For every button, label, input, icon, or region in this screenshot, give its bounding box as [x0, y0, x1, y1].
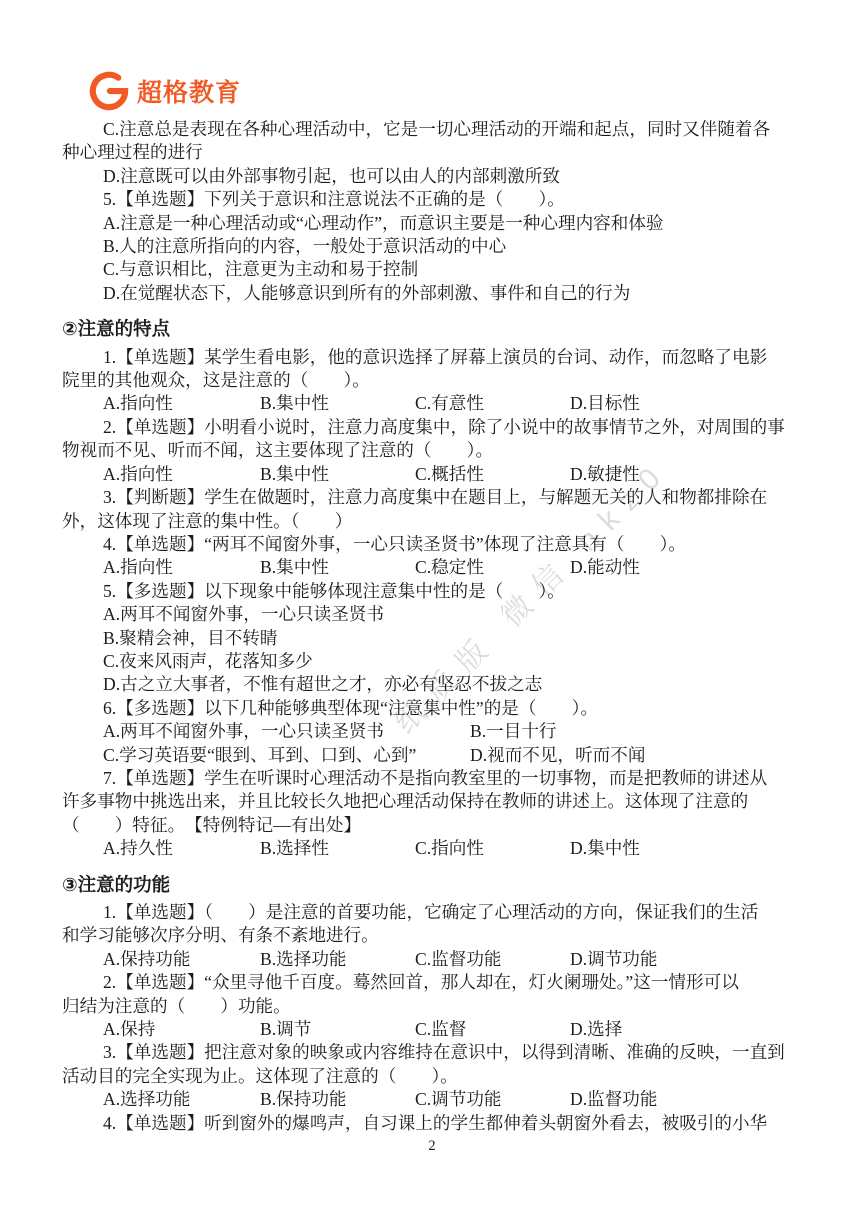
option-item: A.保持	[103, 1018, 260, 1041]
option-item: A.指向性	[103, 463, 260, 486]
option-item: A.选择功能	[103, 1088, 260, 1111]
text-line: 和学习能够次序分明、有条不紊地进行。	[62, 924, 802, 947]
option-item: A.指向性	[103, 392, 260, 415]
text-line: 院里的其他观众，这是注意的（ ）。	[62, 369, 802, 392]
question-line: 7.【单选题】学生在听课时心理活动不是指向教室里的一切事物，而是把教师的讲述从	[62, 767, 802, 790]
question-line: 4.【单选题】“两耳不闻窗外事，一心只读圣贤书”体现了注意具有（ ）。	[62, 533, 802, 556]
options-row: A.保持功能 B.选择功能 C.监督功能 D.调节功能	[62, 948, 802, 971]
text-line: 物视而不见、听而不闻，这主要体现了注意的（ ）。	[62, 439, 802, 462]
options-row: C.学习英语要“眼到、耳到、口到、心到” D.视而不见，听而不闻	[62, 744, 802, 767]
question-line: 2.【单选题】“众里寻他千百度。蓦然回首，那人却在，灯火阑珊处。”这一情形可以	[62, 971, 802, 994]
option-item: B.调节	[260, 1018, 415, 1041]
option-item: C.监督功能	[415, 948, 570, 971]
text-line: C.注意总是表现在各种心理活动中，它是一切心理活动的开端和起点，同时又伴随着各	[62, 118, 802, 141]
question-line: 3.【单选题】把注意对象的映象或内容维持在意识中，以得到清晰、准确的反映，一直到	[62, 1041, 802, 1064]
document-page: 超格教育 纸质版 微信 nkz0 C.注意总是表现在各种心理活动中，它是一切心理…	[0, 0, 864, 1222]
option-line: C.与意识相比，注意更为主动和易于控制	[62, 258, 802, 281]
text-line: 外，这体现了注意的集中性。（ ）	[62, 510, 802, 533]
text-line: 种心理过程的进行	[62, 141, 802, 164]
option-item: B.集中性	[260, 392, 415, 415]
option-item: B.选择功能	[260, 948, 415, 971]
section-heading: ③注意的功能	[62, 873, 802, 896]
option-line: D.在觉醒状态下，人能够意识到所有的外部刺激、事件和自己的行为	[62, 282, 802, 305]
question-line: 6.【多选题】以下几种能够典型体现“注意集中性”的是（ ）。	[62, 697, 802, 720]
question-line: 4.【单选题】听到窗外的爆鸣声，自习课上的学生都伸着头朝窗外看去，被吸引的小华	[62, 1112, 802, 1135]
options-row: A.指向性 B.集中性 C.概括性 D.敏捷性	[62, 463, 802, 486]
option-line: A.注意是一种心理活动或“心理动作”，而意识主要是一种心理内容和体验	[62, 212, 802, 235]
question-line: 3.【判断题】学生在做题时，注意力高度集中在题目上，与解题无关的人和物都排除在	[62, 486, 802, 509]
document-body: C.注意总是表现在各种心理活动中，它是一切心理活动的开端和起点，同时又伴随着各 …	[62, 118, 802, 1135]
option-item: C.学习英语要“眼到、耳到、口到、心到”	[103, 744, 470, 767]
text-line: D.注意既可以由外部事物引起，也可以由人的内部刺激所致	[62, 165, 802, 188]
question-line: 1.【单选题】（ ）是注意的首要功能，它确定了心理活动的方向，保证我们的生活	[62, 901, 802, 924]
option-item: A.两耳不闻窗外事，一心只读圣贤书	[103, 720, 470, 743]
option-item: D.调节功能	[570, 948, 657, 971]
option-item: D.视而不见，听而不闻	[470, 744, 645, 767]
page-number: 2	[0, 1138, 864, 1155]
text-line: 归结为注意的（ ）功能。	[62, 995, 802, 1018]
option-item: D.能动性	[570, 556, 640, 579]
option-item: D.目标性	[570, 392, 640, 415]
brand-name: 超格教育	[137, 73, 241, 109]
options-row: A.两耳不闻窗外事，一心只读圣贤书 B.一目十行	[62, 720, 802, 743]
text-line: 活动目的完全实现为止。这体现了注意的（ ）。	[62, 1065, 802, 1088]
option-item: D.敏捷性	[570, 463, 640, 486]
question-line: 5.【单选题】下列关于意识和注意说法不正确的是（ ）。	[62, 188, 802, 211]
option-item: C.指向性	[415, 837, 570, 860]
option-line: C.夜来风雨声，花落知多少	[62, 650, 802, 673]
option-line: B.聚精会神，目不转睛	[62, 627, 802, 650]
options-row: A.指向性 B.集中性 C.有意性 D.目标性	[62, 392, 802, 415]
section-heading: ②注意的特点	[62, 317, 802, 340]
text-line: 许多事物中挑选出来，并且比较长久地把心理活动保持在教师的讲述上。这体现了注意的	[62, 790, 802, 813]
option-item: D.监督功能	[570, 1088, 657, 1111]
option-item: A.持久性	[103, 837, 260, 860]
option-item: B.集中性	[260, 463, 415, 486]
question-line: 5.【多选题】以下现象中能够体现注意集中性的是（ ）。	[62, 580, 802, 603]
question-line: 2.【单选题】小明看小说时，注意力高度集中，除了小说中的故事情节之外，对周围的事	[62, 416, 802, 439]
option-line: A.两耳不闻窗外事，一心只读圣贤书	[62, 603, 802, 626]
option-item: B.选择性	[260, 837, 415, 860]
text-line: （ ）特征。 【特例特记—有出处】	[62, 814, 802, 837]
option-item: B.保持功能	[260, 1088, 415, 1111]
options-row: A.选择功能 B.保持功能 C.调节功能 D.监督功能	[62, 1088, 802, 1111]
option-item: C.有意性	[415, 392, 570, 415]
chaoge-g-icon	[88, 70, 130, 112]
option-item: C.稳定性	[415, 556, 570, 579]
option-item: B.一目十行	[470, 720, 557, 743]
option-item: C.调节功能	[415, 1088, 570, 1111]
option-line: D.古之立大事者，不惟有超世之才，亦必有坚忍不拔之志	[62, 673, 802, 696]
option-item: C.监督	[415, 1018, 570, 1041]
options-row: A.持久性 B.选择性 C.指向性 D.集中性	[62, 837, 802, 860]
option-item: C.概括性	[415, 463, 570, 486]
brand-logo: 超格教育	[88, 70, 241, 112]
option-item: B.集中性	[260, 556, 415, 579]
option-item: A.保持功能	[103, 948, 260, 971]
options-row: A.保持 B.调节 C.监督 D.选择	[62, 1018, 802, 1041]
option-line: B.人的注意所指向的内容，一般处于意识活动的中心	[62, 235, 802, 258]
option-item: A.指向性	[103, 556, 260, 579]
question-line: 1.【单选题】某学生看电影，他的意识选择了屏幕上演员的台词、动作，而忽略了电影	[62, 346, 802, 369]
option-item: D.集中性	[570, 837, 640, 860]
options-row: A.指向性 B.集中性 C.稳定性 D.能动性	[62, 556, 802, 579]
option-item: D.选择	[570, 1018, 622, 1041]
